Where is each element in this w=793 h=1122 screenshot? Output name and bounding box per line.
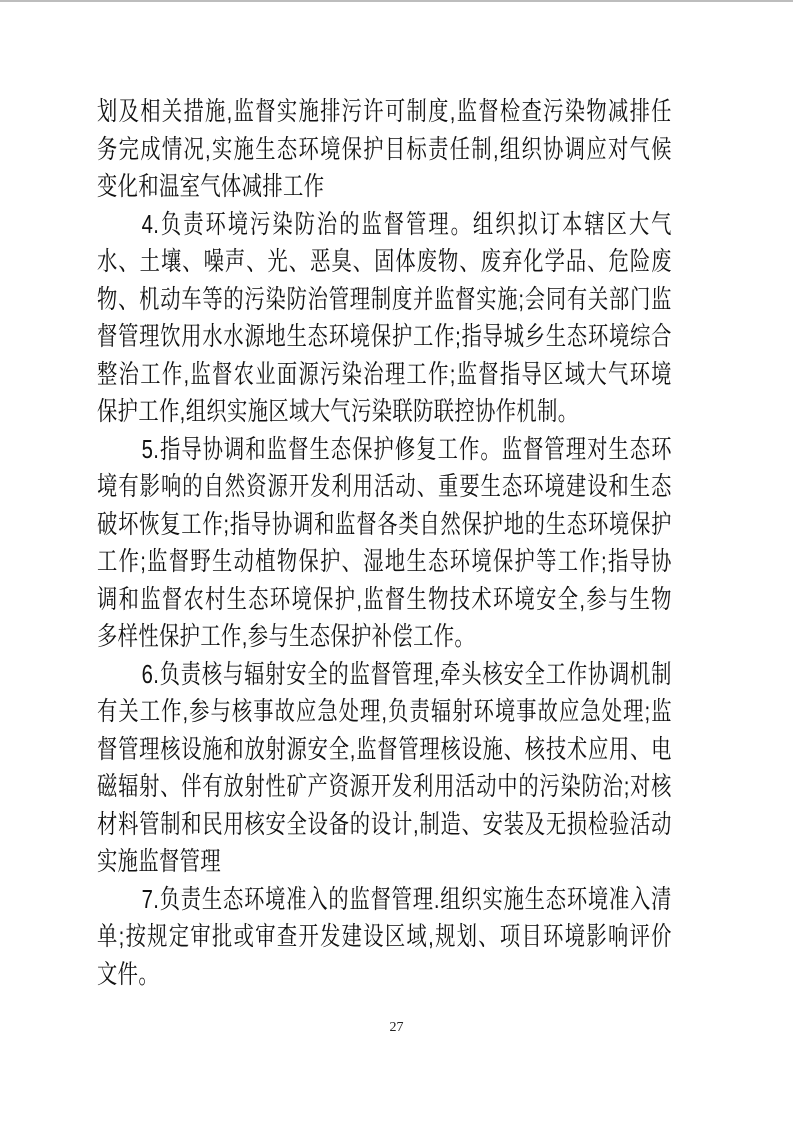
- page-top-edge: [0, 0, 793, 2]
- body-text-line: 破坏恢复工作;指导协调和监督各类自然保护地的生态环境保护: [97, 506, 672, 544]
- paragraph-7-first-line: 7.负责生态环境准入的监督管理.组织实施生态环境准入清: [97, 881, 672, 919]
- paragraph-5-first-line: 5.指导协调和监督生态保护修复工作。监督管理对生态环: [97, 431, 672, 469]
- body-text-line: 材料管制和民用核安全设备的设计,制造、安装及无损检验活动: [97, 806, 672, 844]
- document-text-block: 划及相关措施,监督实施排污许可制度,监督检查污染物减排任 务完成情况,实施生态环…: [97, 93, 672, 993]
- body-text-line: 调和监督农村生态环境保护,监督生物技术环境安全,参与生物: [97, 581, 672, 619]
- body-text-line: 督管理饮用水水源地生态环境保护工作;指导城乡生态环境综合: [97, 318, 672, 356]
- body-text-line: 有关工作,参与核事故应急处理,负责辐射环境事故应急处理;监: [97, 693, 672, 731]
- body-text-line: 水、土壤、噪声、光、恶臭、固体废物、废弃化学品、危险废: [97, 243, 672, 281]
- body-text-line: 工作;监督野生动植物保护、湿地生态环境保护等工作;指导协: [97, 543, 672, 581]
- body-text-line: 磁辐射、伴有放射性矿产资源开发利用活动中的污染防治;对核: [97, 768, 672, 806]
- body-text-line: 划及相关措施,监督实施排污许可制度,监督检查污染物减排任: [97, 93, 672, 131]
- body-text-line: 督管理核设施和放射源安全,监督管理核设施、核技术应用、电: [97, 731, 672, 769]
- body-text-line: 整治工作,监督农业面源污染治理工作;监督指导区域大气环境: [97, 356, 672, 394]
- body-text-line: 实施监督管理: [97, 843, 672, 881]
- body-text-line: 境有影响的自然资源开发利用活动、重要生态环境建设和生态: [97, 468, 672, 506]
- body-text-line: 变化和温室气体减排工作: [97, 168, 672, 206]
- body-text-line: 单;按规定审批或审查开发建设区域,规划、项目环境影响评价: [97, 918, 672, 956]
- body-text-line: 多样性保护工作,参与生态保护补偿工作。: [97, 618, 672, 656]
- page-number: 27: [0, 1020, 793, 1036]
- body-text-line: 物、机动车等的污染防治管理制度并监督实施;会同有关部门监: [97, 281, 672, 319]
- paragraph-4-first-line: 4.负责环境污染防治的监督管理。组织拟订本辖区大气: [97, 206, 672, 244]
- body-text-line: 文件。: [97, 956, 672, 994]
- body-text-line: 保护工作,组织实施区域大气污染联防联控协作机制。: [97, 393, 672, 431]
- body-text-line: 务完成情况,实施生态环境保护目标责任制,组织协调应对气候: [97, 131, 672, 169]
- paragraph-6-first-line: 6.负责核与辐射安全的监督管理,牵头核安全工作协调机制: [97, 656, 672, 694]
